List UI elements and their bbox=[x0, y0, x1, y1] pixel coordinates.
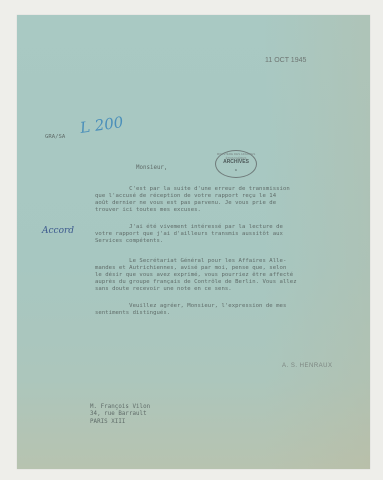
paragraph-2: J'ai été vivement intéressé par la lectu… bbox=[95, 224, 283, 245]
paragraph-3: Le Secrétariat Général pour les Affaires… bbox=[95, 258, 297, 293]
salutation: Monsieur, bbox=[136, 165, 167, 171]
date-stamp: 11 OCT 1945 bbox=[265, 57, 306, 64]
archives-stamp: MINISTÈRE DES AFFAIRES ÉTRANGÈRES ARCHIV… bbox=[215, 150, 257, 178]
recipient-street: 34, rue Barrault bbox=[90, 411, 147, 417]
signature: A. S. HENRAUX bbox=[282, 363, 333, 369]
paragraph-closing: Veuillez agréer, Monsieur, l'expression … bbox=[95, 303, 286, 317]
recipient-address: M. François Vilon 34, rue Barrault PARIS… bbox=[90, 404, 150, 426]
stamp-center-text: ARCHIVES bbox=[216, 159, 256, 165]
handwritten-margin-note: Accord bbox=[42, 226, 74, 236]
paragraph-1: C'est par la suite d'une erreur de trans… bbox=[95, 186, 290, 214]
recipient-city: PARIS XIII bbox=[90, 419, 125, 425]
reference-code: GRA/SA bbox=[45, 134, 65, 140]
recipient-name: M. François Vilon bbox=[90, 404, 150, 410]
star-icon: ★ bbox=[216, 167, 256, 172]
